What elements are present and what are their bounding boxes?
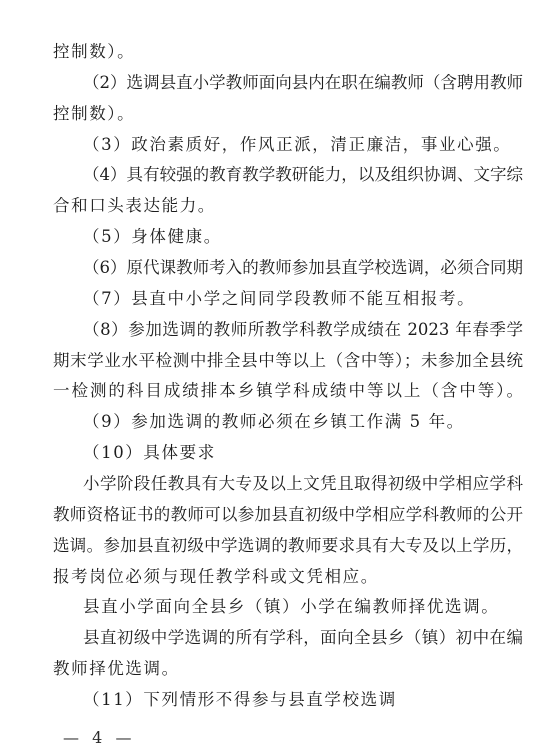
text-line-13: （9）参加选调的教师必须在乡镇工作满 5 年。 bbox=[83, 410, 465, 434]
text-line-5: （4）具有较强的教育教学教研能力，以及组织协调、文字综 bbox=[83, 163, 523, 187]
text-line-6: 合和口头表达能力。 bbox=[53, 194, 216, 218]
text-line-4: （3）政治素质好，作风正派，清正廉洁，事业心强。 bbox=[83, 133, 511, 157]
text-line-9: （7）县直中小学之间同学段教师不能互相报考。 bbox=[83, 287, 475, 311]
text-line-17: 选调。参加县直初级中学选调的教师要求具有大专及以上学历， bbox=[53, 534, 523, 558]
text-line-1: 控制数）。 bbox=[53, 40, 135, 64]
text-line-3: 控制数）。 bbox=[53, 102, 135, 126]
page-number: — 4 — bbox=[63, 727, 133, 749]
text-line-22: （11）下列情形不得参与县直学校选调 bbox=[83, 688, 397, 712]
text-line-16: 教师资格证书的教师可以参加县直初级中学相应学科教师的公开 bbox=[53, 503, 523, 527]
text-line-2: （2）选调县直小学教师面向县内在职在编教师（含聘用教师 bbox=[83, 71, 523, 95]
text-line-8: （6）原代课教师考入的教师参加县直学校选调，必须合同期满。 bbox=[83, 256, 523, 280]
text-line-11: 期末学业水平检测中排全县中等以上（含中等）；未参加全县统 bbox=[53, 349, 523, 373]
text-line-19: 县直小学面向全县乡（镇）小学在编教师择优选调。 bbox=[83, 595, 499, 619]
text-line-15: 小学阶段任教具有大专及以上文凭且取得初级中学相应学科 bbox=[83, 472, 523, 496]
document-page: 控制数）。 （2）选调县直小学教师面向县内在职在编教师（含聘用教师 控制数）。 … bbox=[0, 0, 559, 756]
text-line-18: 报考岗位必须与现任教学科或文凭相应。 bbox=[53, 565, 379, 589]
text-line-10: （8）参加选调的教师所教学科教学成绩在 2023 年春季学期 bbox=[83, 318, 523, 342]
text-line-20: 县直初级中学选调的所有学科，面向全县乡（镇）初中在编 bbox=[83, 626, 523, 650]
text-line-7: （5）身体健康。 bbox=[83, 225, 222, 249]
text-line-14: （10）具体要求 bbox=[83, 441, 216, 465]
text-line-21: 教师择优选调。 bbox=[53, 657, 180, 681]
text-line-12: 一检测的科目成绩排本乡镇学科成绩中等以上（含中等）。 bbox=[53, 379, 523, 403]
